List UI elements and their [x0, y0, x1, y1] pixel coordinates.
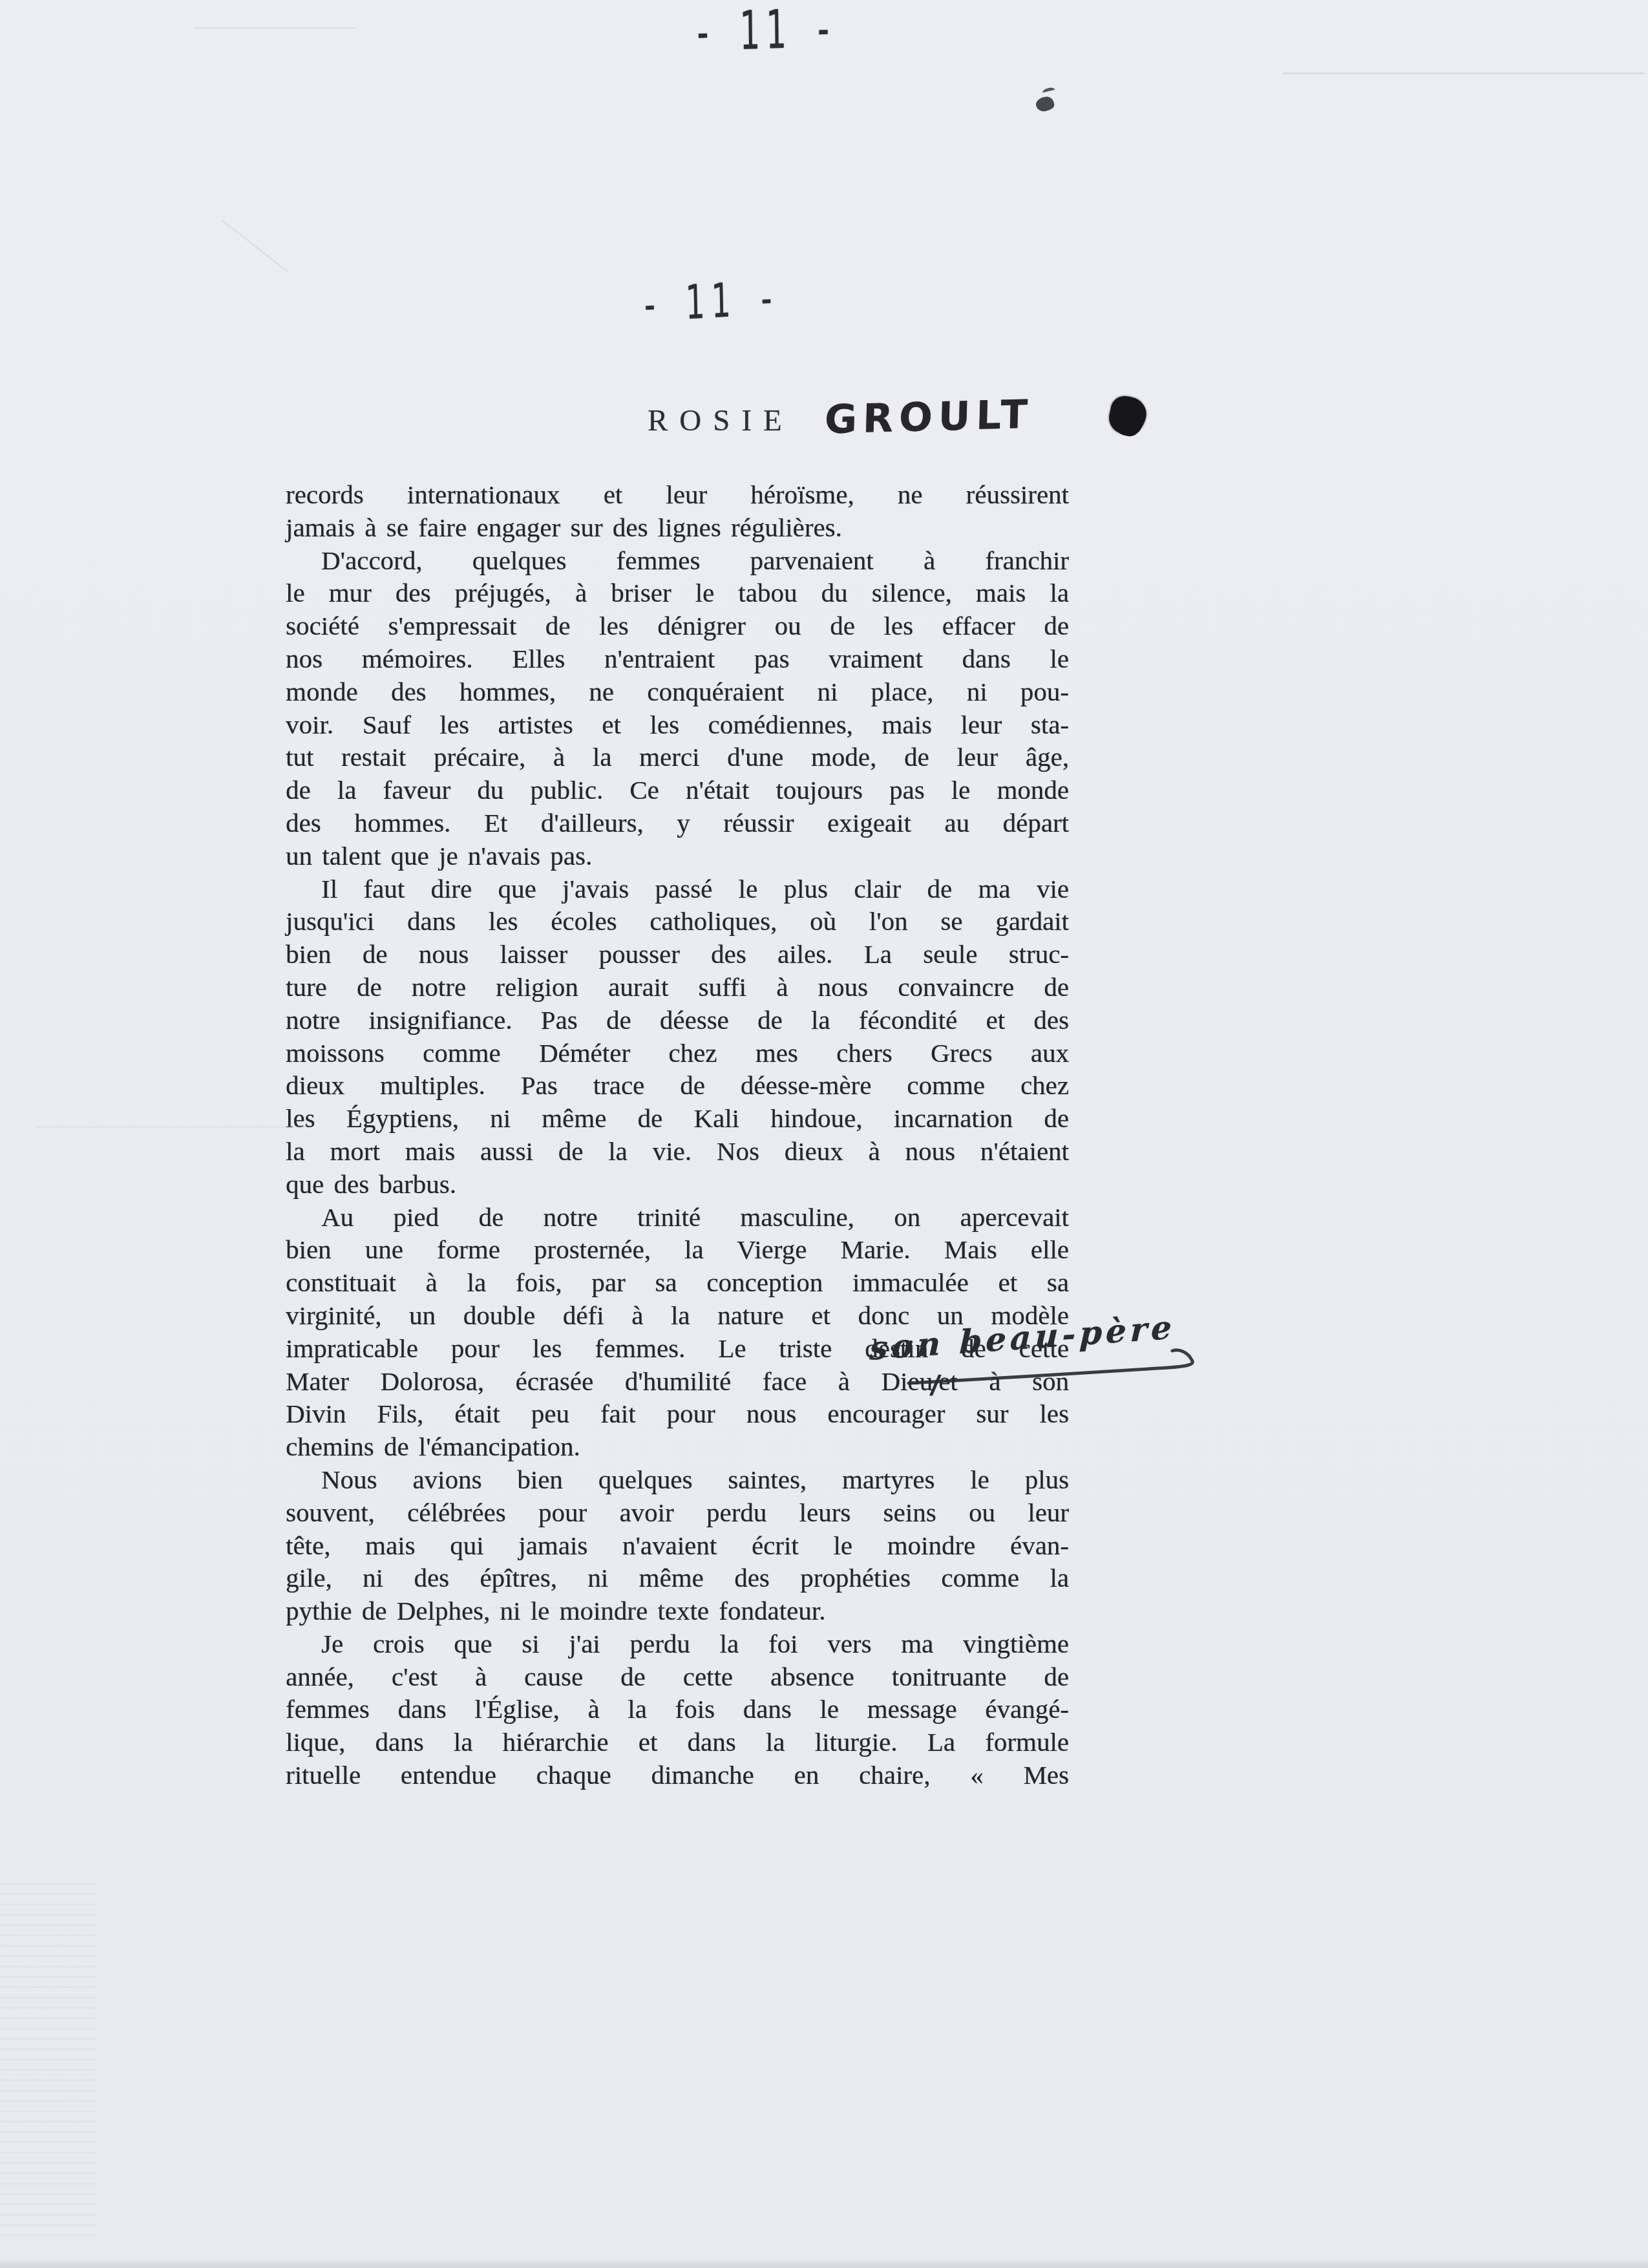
body-text: records internationaux et leur héroïsme,… — [286, 478, 1069, 1792]
text-line: un talent que je n'avais pas. — [286, 840, 1069, 873]
ink-smudge — [1106, 394, 1149, 438]
author-name-typed: ROSIE — [648, 403, 794, 438]
text-line: des hommes. Et d'ailleurs, y réussir exi… — [286, 807, 1069, 840]
text-line: tut restait précaire, à la merci d'une m… — [286, 741, 1069, 774]
stray-ink-dash — [1042, 87, 1056, 97]
text-line: la mort mais aussi de la vie. Nos dieux … — [286, 1135, 1069, 1168]
paragraph: Je crois que si j'ai perdu la foi vers m… — [286, 1627, 1069, 1792]
scanned-document-page: - 11 - - 11 - ROSIE GROULT records inter… — [0, 0, 1648, 2268]
author-name-handwritten: GROULT — [824, 392, 1034, 443]
text-line: que des barbus. — [286, 1168, 1069, 1201]
text-line: moissons comme Déméter chez mes chers Gr… — [286, 1037, 1069, 1070]
text-line: records internationaux et leur héroïsme,… — [286, 478, 1069, 511]
text-line: jamais à se faire engager sur des lignes… — [286, 511, 1069, 544]
author-header: ROSIE GROULT — [648, 393, 1146, 440]
paragraph: records internationaux et leur héroïsme,… — [286, 478, 1069, 544]
text-line: constituait à la fois, par sa conception… — [286, 1266, 1069, 1299]
stray-ink-blob — [1035, 96, 1055, 112]
scanner-streak — [194, 27, 355, 29]
strikethrough-stroke — [905, 1343, 1202, 1401]
text-line: bien une forme prosternée, la Vierge Mar… — [286, 1233, 1069, 1266]
text-line: jusqu'ici dans les écoles catholiques, o… — [286, 905, 1069, 938]
text-line: gile, ni des épîtres, ni même des prophé… — [286, 1562, 1069, 1595]
text-line: ture de notre religion aurait suffi à no… — [286, 971, 1069, 1004]
text-line: de la faveur du public. Ce n'était toujo… — [286, 774, 1069, 807]
text-line: monde des hommes, ne conquéraient ni pla… — [286, 675, 1069, 708]
scanner-streak — [488, 1607, 682, 1609]
text-line: pythie de Delphes, ni le moindre texte f… — [286, 1595, 1069, 1627]
text-line: notre insignifiance. Pas de déesse de la… — [286, 1004, 1069, 1037]
text-line: D'accord, quelques femmes parvenaient à … — [286, 544, 1069, 577]
text-line: lique, dans la hiérarchie et dans la lit… — [286, 1726, 1069, 1759]
paragraph: D'accord, quelques femmes parvenaient à … — [286, 544, 1069, 873]
printed-text: Mater Dolorosa, écrasée d'humilité face … — [286, 1366, 933, 1396]
text-line: souvent, célébrées pour avoir perdu leur… — [286, 1496, 1069, 1529]
text-line: rituelle entendue chaque dimanche en cha… — [286, 1759, 1069, 1792]
text-line: dieux multiples. Pas trace de déesse-mèr… — [286, 1069, 1069, 1102]
paragraph: Il faut dire que j'avais passé le plus c… — [286, 873, 1069, 1201]
scanner-band — [0, 1874, 97, 2236]
text-line: tête, mais qui jamais n'avaient écrit le… — [286, 1529, 1069, 1562]
scanner-scratch — [222, 220, 289, 273]
scan-bottom-edge — [0, 2258, 1648, 2268]
text-line: chemins de l'émancipation. — [286, 1430, 1069, 1463]
text-line: Je crois que si j'ai perdu la foi vers m… — [286, 1627, 1069, 1660]
text-line: Il faut dire que j'avais passé le plus c… — [286, 873, 1069, 906]
paragraph: Nous avions bien quelques saintes, marty… — [286, 1463, 1069, 1627]
text-line: bien de nous laisser pousser des ailes. … — [286, 938, 1069, 971]
scanner-streak — [36, 1126, 307, 1128]
text-line: année, c'est à cause de cette absence to… — [286, 1660, 1069, 1693]
text-line: voir. Sauf les artistes et les comédienn… — [286, 708, 1069, 741]
text-line: Divin Fils, était peu fait pour nous enc… — [286, 1397, 1069, 1430]
scanner-streak — [1283, 72, 1645, 74]
handwritten-page-number-inner: - 11 - — [644, 271, 779, 333]
text-line: Nous avions bien quelques saintes, marty… — [286, 1463, 1069, 1496]
text-line: les Égyptiens, ni même de Kali hindoue, … — [286, 1102, 1069, 1135]
handwritten-page-number-top: - 11 - — [697, 0, 835, 63]
text-line: société s'empressait de les dénigrer ou … — [286, 609, 1069, 642]
text-line: nos mémoires. Elles n'entraient pas vrai… — [286, 642, 1069, 675]
text-line: Au pied de notre trinité masculine, on a… — [286, 1201, 1069, 1234]
text-line: femmes dans l'Église, à la fois dans le … — [286, 1693, 1069, 1726]
text-line: le mur des préjugés, à briser le tabou d… — [286, 577, 1069, 609]
